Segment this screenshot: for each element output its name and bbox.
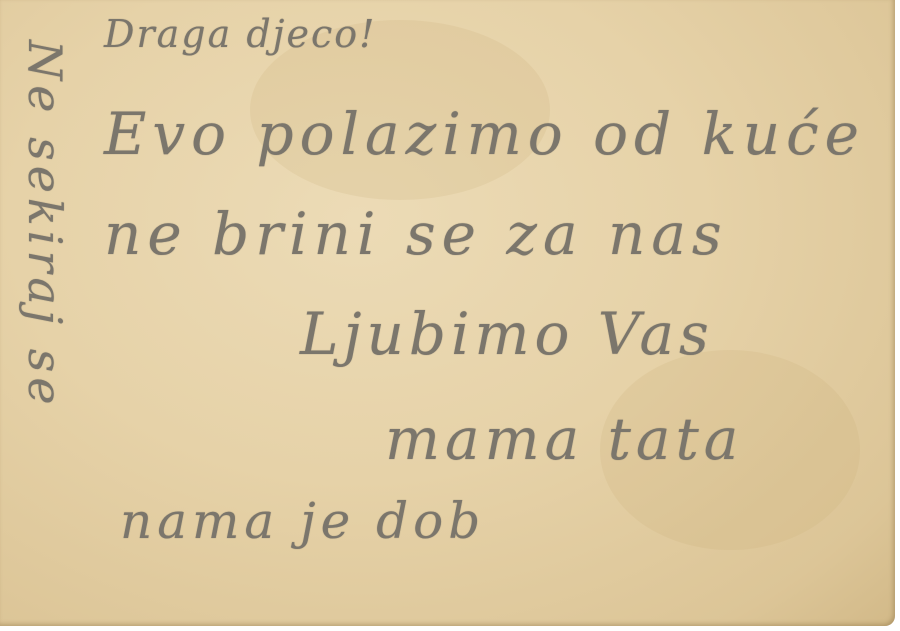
greeting-line: Draga djeco! bbox=[104, 12, 376, 56]
message-line-3: Ljubimo Vas bbox=[300, 300, 714, 368]
postscript-line: nama je dob bbox=[120, 492, 485, 550]
message-line-1: Evo polazimo od kuće bbox=[104, 100, 865, 168]
message-line-2: ne brini se za nas bbox=[104, 200, 728, 268]
margin-note-vertical: Ne sekiraj se bbox=[18, 40, 72, 410]
postcard: Draga djeco! Evo polazimo od kuće ne bri… bbox=[0, 0, 895, 626]
signature-line: mama tata bbox=[385, 405, 743, 473]
